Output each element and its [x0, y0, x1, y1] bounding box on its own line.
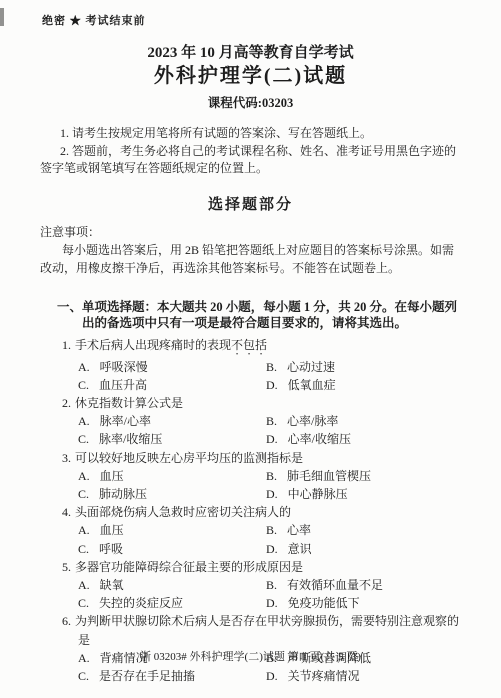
option-c: C.血压升高 [78, 376, 266, 394]
question-number: 1. [62, 338, 71, 352]
exam-session-title: 2023 年 10 月高等教育自学考试 [40, 41, 461, 62]
options: A.血压 B.心率 C.呼吸 D.意识 [78, 521, 461, 557]
question-3: 3.可以较好地反映左心房平均压的监测指标是 A.血压 B.肺毛细血管楔压 C.肺… [40, 449, 461, 504]
security-label: 绝密 ★ 考试结束前 [42, 12, 461, 28]
option-d: D.中心静脉压 [266, 485, 461, 503]
option-d: D.心率/收缩压 [266, 430, 461, 448]
option-d: D.免疫功能低下 [266, 594, 461, 612]
question-number: 5. [62, 560, 71, 574]
options: A.脉率/心率 B.心率/脉率 C.脉率/收缩压 D.心率/收缩压 [78, 412, 461, 448]
options: A.血压 B.肺毛细血管楔压 C.肺动脉压 D.中心静脉压 [78, 467, 461, 503]
option-d: D.低氧血症 [266, 376, 461, 394]
option-a: A.脉率/心率 [78, 412, 266, 430]
option-a: A.血压 [78, 521, 266, 539]
option-a: A.血压 [78, 467, 266, 485]
part1-heading-marker: 一、 [57, 300, 82, 314]
exam-subject-title: 外科护理学(二)试题 [40, 64, 461, 88]
question-4: 4.头面部烧伤病人急救时应密切关注病人的 A.血压 B.心率 C.呼吸 D.意识 [40, 503, 461, 558]
question-5: 5.多器官功能障碍综合征最主要的形成原因是 A.缺氧 B.有效循环血量不足 C.… [40, 558, 461, 613]
option-b: B.心率/脉率 [266, 412, 461, 430]
question-number: 6. [62, 614, 71, 628]
question-stem: 6.为判断甲状腺切除术后病人是否存在甲状旁腺损伤，需要特别注意观察的是 [40, 612, 461, 648]
option-c: C.肺动脉压 [78, 485, 266, 503]
option-d: D.意识 [266, 540, 461, 558]
page-footer: 浙 03203# 外科护理学(二)试题 第 1 页(共 5 页) [0, 648, 501, 664]
question-number: 4. [62, 505, 71, 519]
notes-heading: 注意事项： [40, 223, 461, 241]
candidate-instructions: 1. 请考生按规定用笔将所有试题的答案涂、写在答题纸上。 2. 答题前，考生务必… [40, 125, 461, 178]
instruction-line-1: 1. 请考生按规定用笔将所有试题的答案涂、写在答题纸上。 [40, 125, 461, 143]
option-c: C.呼吸 [78, 540, 266, 558]
option-b: B.有效循环血量不足 [266, 576, 461, 594]
question-stem: 4.头面部烧伤病人急救时应密切关注病人的 [40, 503, 461, 521]
option-c: C.失控的炎症反应 [78, 594, 266, 612]
course-code: 课程代码:03203 [40, 93, 461, 111]
options: A.呼吸深慢 B.心动过速 C.血压升高 D.低氧血症 [78, 358, 461, 394]
question-number: 2. [62, 396, 71, 410]
question-2: 2.休克指数计算公式是 A.脉率/心率 B.心率/脉率 C.脉率/收缩压 D.心… [40, 394, 461, 449]
question-list: 1.手术后病人出现疼痛时的表现不包括 A.呼吸深慢 B.心动过速 C.血压升高 … [40, 336, 461, 686]
question-1: 1.手术后病人出现疼痛时的表现不包括 A.呼吸深慢 B.心动过速 C.血压升高 … [40, 336, 461, 394]
question-stem: 1.手术后病人出现疼痛时的表现不包括 [40, 336, 461, 358]
question-stem: 3.可以较好地反映左心房平均压的监测指标是 [40, 449, 461, 467]
options: A.缺氧 B.有效循环血量不足 C.失控的炎症反应 D.免疫功能低下 [78, 576, 461, 612]
notes-body: 每小题选出答案后，用 2B 铅笔把答题纸上对应题目的答案标号涂黑。如需改动，用橡… [40, 241, 461, 277]
question-number: 3. [62, 451, 71, 465]
instruction-line-2: 2. 答题前，考生务必将自己的考试课程名称、姓名、准考证号用黑色字迹的签字笔或钢… [40, 143, 461, 178]
option-a: A.呼吸深慢 [78, 358, 266, 376]
option-b: B.心动过速 [266, 358, 461, 376]
option-c: C.是否存在手足抽搐 [78, 667, 266, 685]
option-b: B.肺毛细血管楔压 [266, 467, 461, 485]
section-title: 选择题部分 [40, 193, 461, 214]
option-c: C.脉率/收缩压 [78, 430, 266, 448]
option-d: D.关节疼痛情况 [266, 667, 461, 685]
part1-heading-text: 单项选择题：本大题共 20 小题，每小题 1 分，共 20 分。在每小题列出的备… [82, 300, 457, 331]
part1-heading: 一、单项选择题：本大题共 20 小题，每小题 1 分，共 20 分。在每小题列出… [40, 299, 461, 332]
option-a: A.缺氧 [78, 576, 266, 594]
scan-edge-artifact [0, 8, 4, 26]
question-stem: 5.多器官功能障碍综合征最主要的形成原因是 [40, 558, 461, 576]
option-b: B.心率 [266, 521, 461, 539]
emphasized-stem-text: 不包括 [231, 338, 267, 352]
question-stem: 2.休克指数计算公式是 [40, 394, 461, 412]
exam-paper-page: 绝密 ★ 考试结束前 2023 年 10 月高等教育自学考试 外科护理学(二)试… [0, 0, 501, 698]
